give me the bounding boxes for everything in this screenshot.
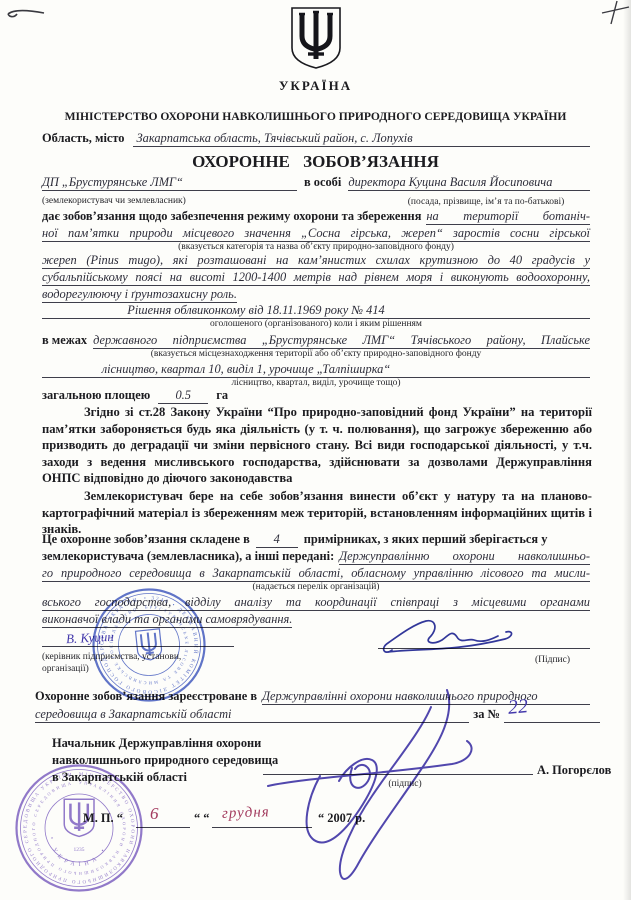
date-quotes: “ “ <box>194 811 210 826</box>
date-year: “ 2007 р. <box>318 811 365 826</box>
within-caption: (вказується місцезнаходження території а… <box>42 349 590 359</box>
pledge-label: дає зобов’язання щодо забезпечення режим… <box>42 209 421 224</box>
ukraine-trident-emblem <box>290 6 342 70</box>
within-label: в межах <box>42 333 87 348</box>
area-unit: га <box>216 388 228 403</box>
chief-podpis-caption: (підпис) <box>350 779 460 789</box>
copies-entry: 4 <box>256 532 298 548</box>
registered-entry-1: Держуправлінні охорони навколишнього при… <box>262 689 590 705</box>
registered-entry-2: середовища в Закарпатській області <box>35 707 232 723</box>
chief-signature-line <box>263 774 533 775</box>
decision-caption: оголошеного (організованого) коли і яким… <box>42 319 590 329</box>
area-label: загальною площею <box>42 388 150 403</box>
object-entry-4: субальпійському поясі на висоті 1200-140… <box>42 270 590 286</box>
chief-name: А. Погорєлов <box>537 763 611 778</box>
number-label: за № <box>469 707 504 722</box>
ministry-round-stamp: МІНІСТЕРСТВО ОХОРОНИ НАВКОЛИШНЬОГО ПРИРО… <box>12 761 146 895</box>
director-signature-line <box>378 648 590 649</box>
object-entry-3: жереп (Pinus mugo), які розташовані на к… <box>42 253 590 269</box>
person-entry: директора Куцина Василя Йосиповича <box>348 175 590 191</box>
enterprise-stamp-trident <box>135 629 162 661</box>
within-entry: державного підприємства „Брустурянське Л… <box>93 333 590 349</box>
date-day-handwritten: 6 <box>150 804 159 824</box>
page-title: ОХОРОННЕ ЗОБОВ’ЯЗАННЯ <box>0 152 631 172</box>
person-caption: (посада, прізвище, ім’я та по-батькові) <box>380 197 592 207</box>
ministry-stamp-code: 1235 <box>74 847 85 853</box>
location-entry: лісництво, квартал 10, виділ 1, урочище … <box>42 362 590 378</box>
date-month-line <box>212 827 312 828</box>
pen-mark-top-left <box>4 3 50 23</box>
decision-entry: Рішення облвиконкому від 18.11.1969 року… <box>42 303 590 319</box>
recipients-entry-1: Держуправлінню охорони навколишньо- <box>339 549 590 565</box>
object-entry-5: водорегулюючу і ґрунтозахисну роль. <box>42 287 237 303</box>
recipients-bold: землекористувача (землевласника), а інші… <box>42 549 334 564</box>
scan-edge-shadow <box>623 0 631 900</box>
podpis-caption: (Підпис) <box>505 655 600 665</box>
head-caption-2: організації) <box>42 664 89 674</box>
object-entry-2: ної пам’ятки природи місцевого значення … <box>42 226 590 242</box>
paragraph-landuser: Землекористувач бере на себе зобов’язанн… <box>42 488 592 538</box>
paragraph-law: Згідно зі ст.28 Закону України “Про прир… <box>42 404 592 487</box>
region-entry: Закарпатська область, Тячівський район, … <box>133 131 590 147</box>
date-month-handwritten: грудня <box>222 804 270 823</box>
location-caption: лісництво, квартал, виділ, урочище тощо) <box>42 378 590 388</box>
copies-lead: Це охоронне зобов’язання складене в <box>42 532 250 547</box>
org-entry: ДП „Брустурянське ЛМГ“ <box>42 175 297 191</box>
scanned-document: УКРАЇНА МІНІСТЕРСТВО ОХОРОНИ НАВКОЛИШНЬО… <box>0 0 631 900</box>
in-person-label: в особі <box>297 175 348 190</box>
object-caption: (вказується категорія та назва об’єкту п… <box>42 242 590 252</box>
region-label: Область, місто <box>42 131 125 146</box>
ministry-name: МІНІСТЕРСТВО ОХОРОНИ НАВКОЛИШНЬОГО ПРИРО… <box>0 110 631 123</box>
recipients-entry-2: го природного середовища в Закарпатській… <box>42 566 590 582</box>
enterprise-round-stamp: • 3246 • ДЕРЖАВНИЙ КОМІТЕТ ЛІСОВОГО ГОСП… <box>84 580 214 710</box>
chief-line-1: Начальник Держуправління охорони <box>52 736 261 751</box>
copies-post: примірниках, з яких перший зберігається … <box>304 532 590 547</box>
registered-line-filler <box>232 707 470 723</box>
ministry-stamp-trident <box>64 799 94 836</box>
object-entry-1: на території ботаніч- <box>426 209 590 225</box>
number-handwritten: 22 <box>507 695 529 720</box>
org-caption: (землекористувач чи землевласник) <box>42 196 186 206</box>
area-entry: 0.5 <box>158 388 208 404</box>
country-name: УКРАЇНА <box>0 78 631 94</box>
